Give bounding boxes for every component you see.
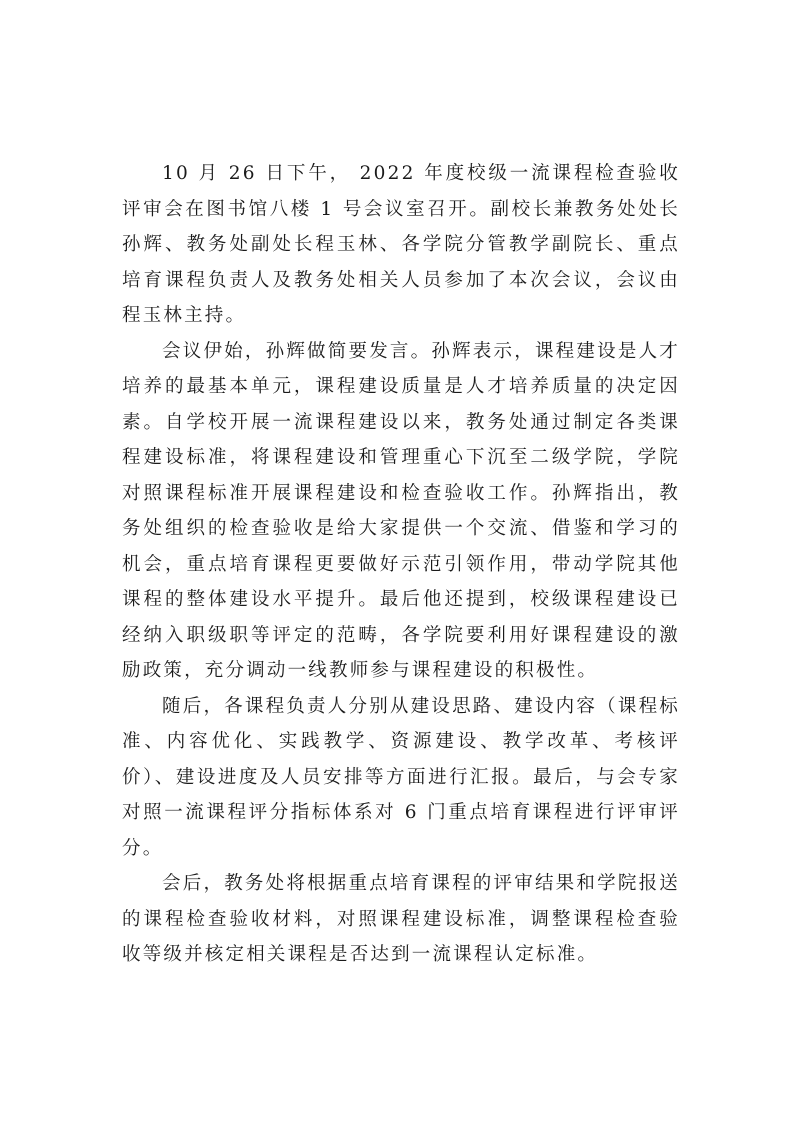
paragraph-meeting-intro: 10 月 26 日下午， 2022 年度校级一流课程检查验收评审会在图书馆八楼 … xyxy=(122,156,680,334)
paragraph-follow-up: 会后，教务处将根据重点培育课程的评审结果和学院报送的课程检查验收材料，对照课程建… xyxy=(122,866,680,973)
document-page: 10 月 26 日下午， 2022 年度校级一流课程检查验收评审会在图书馆八楼 … xyxy=(122,156,680,973)
paragraph-course-reports: 随后，各课程负责人分别从建设思路、建设内容（课程标准、内容优化、实践教学、资源建… xyxy=(122,689,680,867)
paragraph-opening-speech: 会议伊始，孙辉做简要发言。孙辉表示，课程建设是人才培养的最基本单元，课程建设质量… xyxy=(122,334,680,689)
